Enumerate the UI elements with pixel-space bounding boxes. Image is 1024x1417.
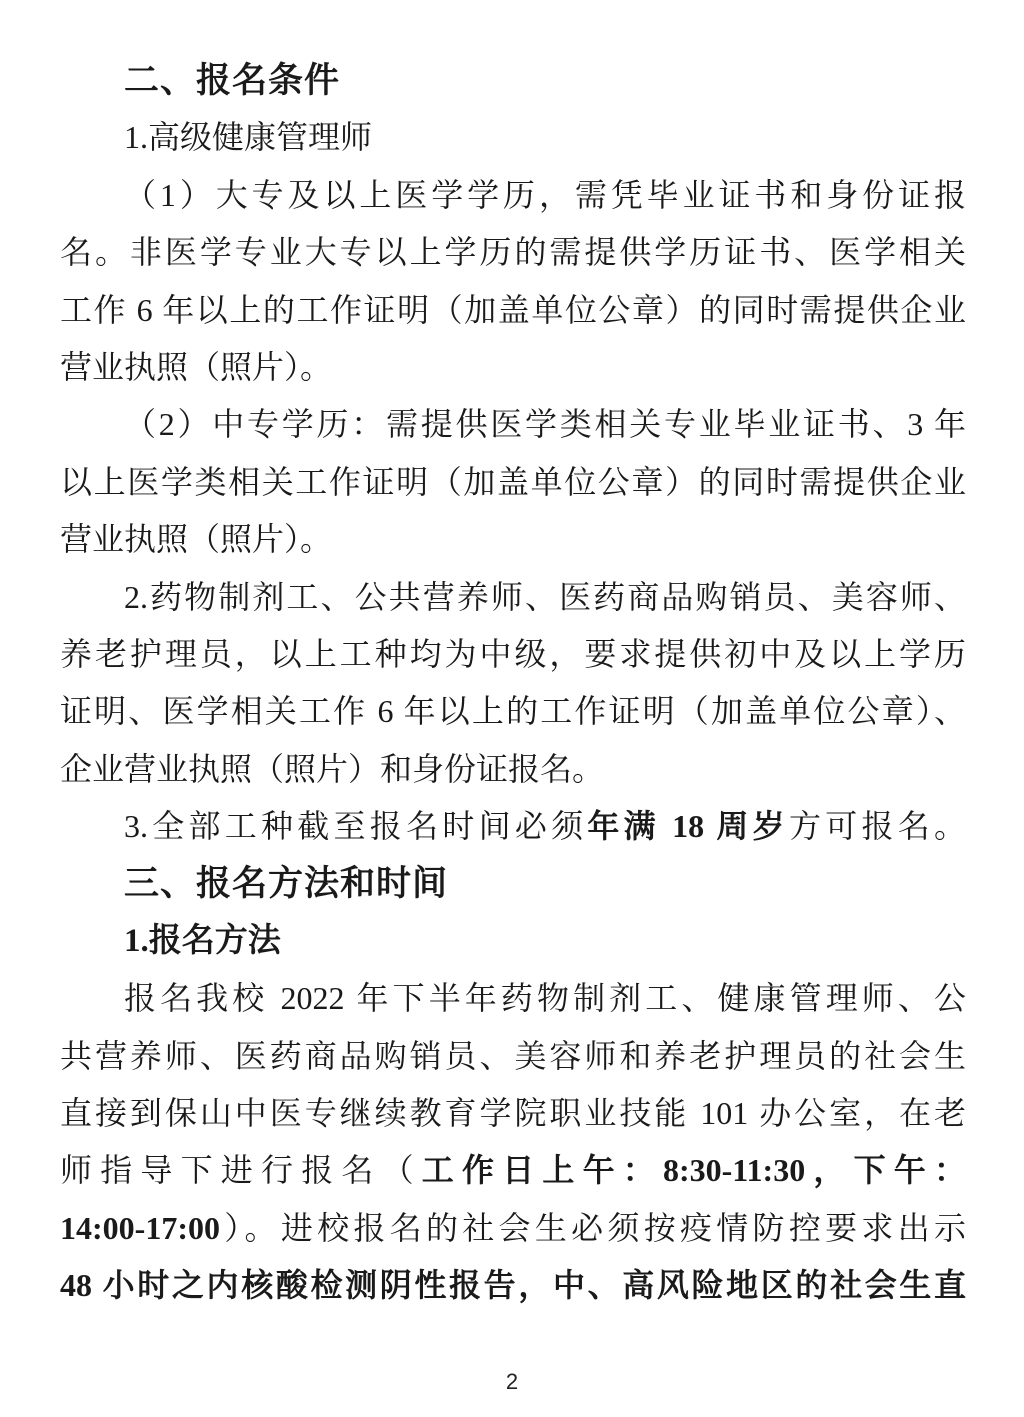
text-run: 二、报名条件: [124, 61, 340, 100]
text-run: 证明、医学相关工作 6 年以上的工作证明（加盖单位公章）、: [60, 693, 966, 729]
text-run: 直接到保山中医专继续教育学院职业技能 101 办公室，在老: [60, 1095, 966, 1131]
text-line: 师指导下进行报名（工作日上午：8:30-11:30，下午：: [60, 1142, 966, 1199]
text-line: 48 小时之内核酸检测阴性报告，中、高风险地区的社会生直: [60, 1257, 966, 1314]
page-number: 2: [0, 1369, 1024, 1395]
text-line: 证明、医学相关工作 6 年以上的工作证明（加盖单位公章）、: [60, 683, 966, 740]
text-line: 营业执照（照片）。: [60, 339, 966, 396]
subheading-line: 1.报名方法: [60, 913, 966, 970]
heading-line: 三、报名方法和时间: [60, 855, 966, 912]
text-line: 名。非医学专业大专以上学历的需提供学历证书、医学相关: [60, 224, 966, 281]
heading-line: 二、报名条件: [60, 52, 966, 109]
text-run: 工作日上午：8:30-11:30，下午：: [422, 1152, 966, 1188]
text-run: 48 小时之内核酸检测阴性报告，中、高风险地区的社会生直: [60, 1267, 966, 1303]
text-run: （1）大专及以上医学学历，需凭毕业证书和身份证报: [124, 177, 966, 213]
text-run: 1.报名方法: [124, 923, 281, 959]
text-line: 报名我校 2022 年下半年药物制剂工、健康管理师、公: [60, 970, 966, 1027]
text-line: （2）中专学历：需提供医学类相关专业毕业证书、3 年: [60, 396, 966, 453]
text-run: 报名我校 2022 年下半年药物制剂工、健康管理师、公: [124, 980, 966, 1016]
text-run: 营业执照（照片）。: [60, 349, 332, 385]
text-line: 工作 6 年以上的工作证明（加盖单位公章）的同时需提供企业: [60, 282, 966, 339]
text-run: 方可报名。: [789, 808, 966, 844]
text-run: 养老护理员，以上工种均为中级，要求提供初中及以上学历: [60, 636, 966, 672]
text-run: 三、报名方法和时间: [124, 864, 448, 903]
text-run: 14:00-17:00: [60, 1210, 220, 1246]
text-line: 2.药物制剂工、公共营养师、医药商品购销员、美容师、: [60, 569, 966, 626]
text-line: （1）大专及以上医学学历，需凭毕业证书和身份证报: [60, 167, 966, 224]
text-line: 养老护理员，以上工种均为中级，要求提供初中及以上学历: [60, 626, 966, 683]
text-line: 1.高级健康管理师: [60, 109, 966, 166]
text-line: 共营养师、医药商品购销员、美容师和养老护理员的社会生: [60, 1028, 966, 1085]
text-line: 14:00-17:00）。进校报名的社会生必须按疫情防控要求出示: [60, 1200, 966, 1257]
text-run: 1.高级健康管理师: [124, 119, 372, 155]
text-run: 2.药物制剂工、公共营养师、医药商品购销员、美容师、: [124, 579, 966, 615]
text-run: 共营养师、医药商品购销员、美容师和养老护理员的社会生: [60, 1038, 966, 1074]
text-run: 以上医学类相关工作证明（加盖单位公章）的同时需提供企业: [60, 464, 966, 500]
text-run: ）。进校报名的社会生必须按疫情防控要求出示: [220, 1210, 966, 1246]
text-run: 名。非医学专业大专以上学历的需提供学历证书、医学相关: [60, 234, 966, 270]
text-run: 年满 18 周岁: [587, 808, 789, 844]
document-page: 二、报名条件1.高级健康管理师（1）大专及以上医学学历，需凭毕业证书和身份证报名…: [0, 0, 1024, 1417]
document-body: 二、报名条件1.高级健康管理师（1）大专及以上医学学历，需凭毕业证书和身份证报名…: [60, 52, 966, 1315]
text-line: 以上医学类相关工作证明（加盖单位公章）的同时需提供企业: [60, 454, 966, 511]
text-run: 工作 6 年以上的工作证明（加盖单位公章）的同时需提供企业: [60, 292, 966, 328]
text-line: 营业执照（照片）。: [60, 511, 966, 568]
text-run: 师指导下进行报名（: [60, 1152, 422, 1188]
text-line: 直接到保山中医专继续教育学院职业技能 101 办公室，在老: [60, 1085, 966, 1142]
text-run: 企业营业执照（照片）和身份证报名。: [60, 751, 604, 787]
text-line: 企业营业执照（照片）和身份证报名。: [60, 741, 966, 798]
text-run: （2）中专学历：需提供医学类相关专业毕业证书、3 年: [124, 406, 966, 442]
text-run: 3.全部工种截至报名时间必须: [124, 808, 587, 844]
text-line: 3.全部工种截至报名时间必须年满 18 周岁方可报名。: [60, 798, 966, 855]
text-run: 营业执照（照片）。: [60, 521, 332, 557]
